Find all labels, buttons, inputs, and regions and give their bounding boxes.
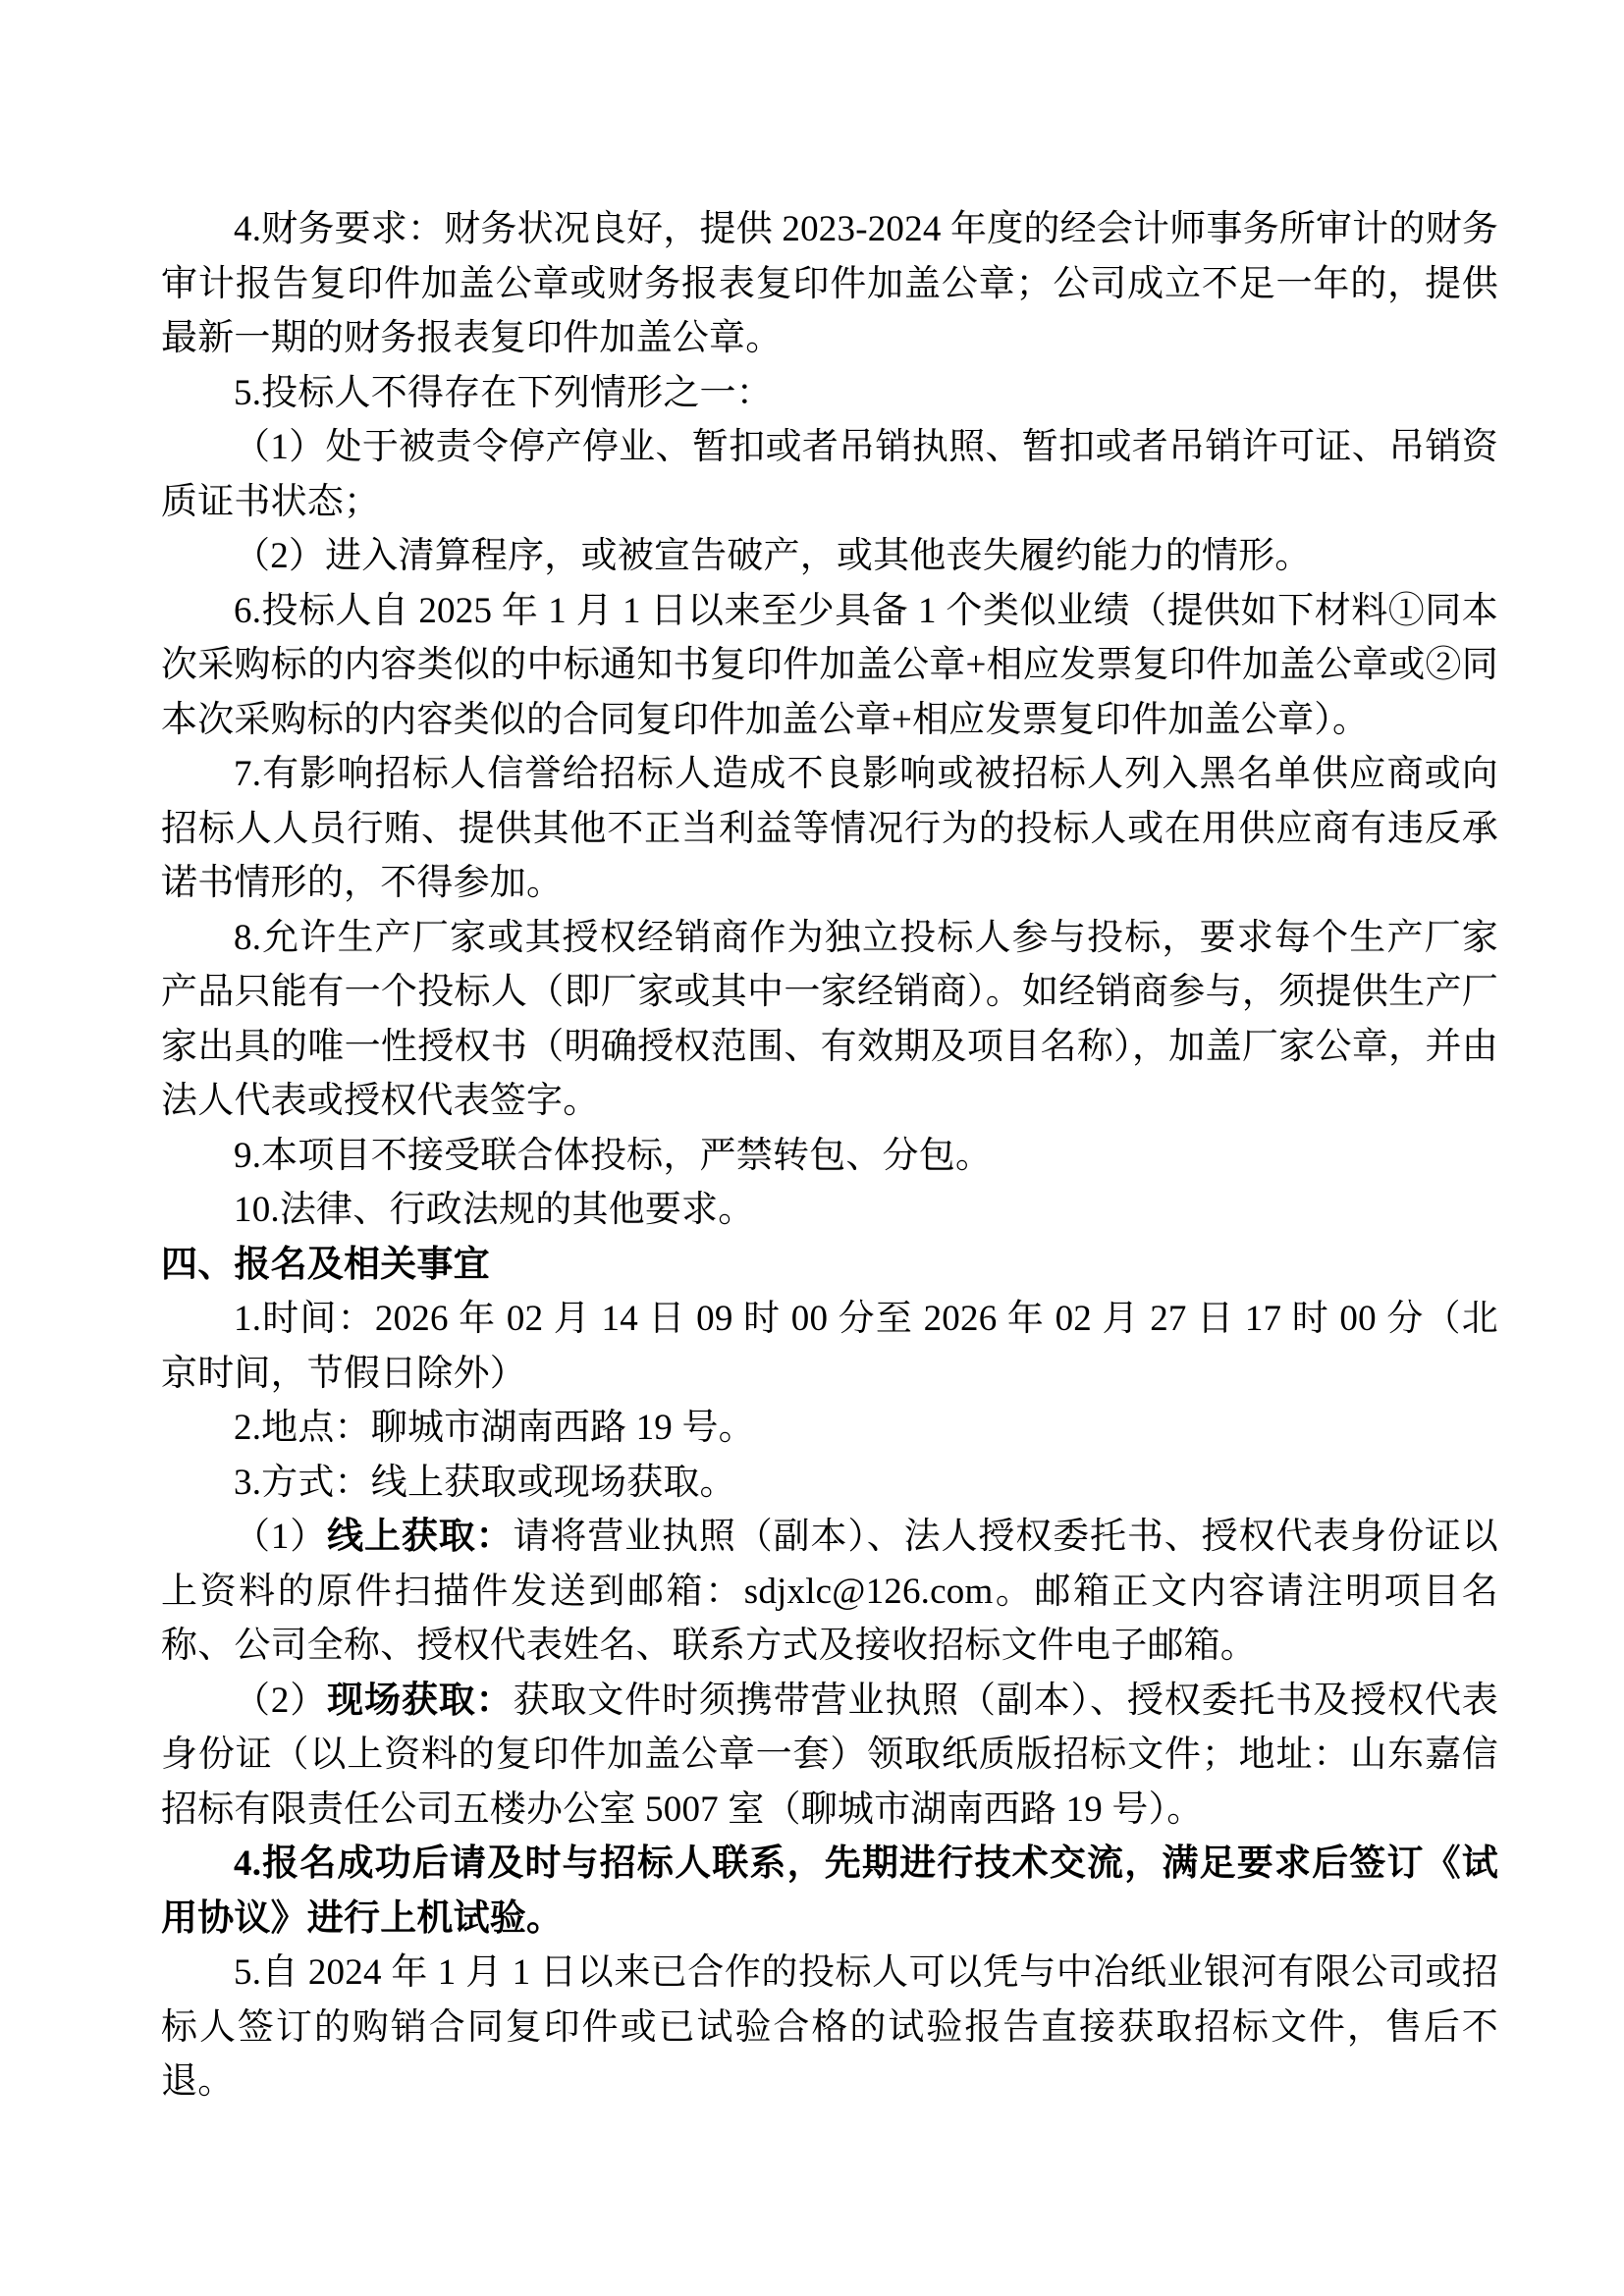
text-run: 9.本项目不接受联合体投标，严禁转包、分包。 xyxy=(234,1136,992,1176)
paragraph: 10.法律、行政法规的其他要求。 xyxy=(161,1183,1498,1238)
text-run: 3.方式：线上获取或现场获取。 xyxy=(234,1463,736,1503)
paragraph: 4.财务要求：财务状况良好，提供 2023-2024 年度的经会计师事务所审计的… xyxy=(161,202,1498,366)
text-run: 10.法律、行政法规的其他要求。 xyxy=(234,1190,754,1230)
text-run: 四、报名及相关事宜 xyxy=(161,1245,490,1285)
paragraph: 7.有影响招标人信誉给招标人造成不良影响或被招标人列入黑名单供应商或向招标人人员… xyxy=(161,747,1498,911)
paragraph: （1）线上获取：请将营业执照（副本）、法人授权委托书、授权代表身份证以上资料的原… xyxy=(161,1510,1498,1674)
text-run: 5.投标人不得存在下列情形之一： xyxy=(234,373,773,413)
paragraph: 6.投标人自 2025 年 1 月 1 日以来至少具备 1 个类似业绩（提供如下… xyxy=(161,584,1498,748)
text-run: 7.有影响招标人信誉给招标人造成不良影响或被招标人列入黑名单供应商或向招标人人员… xyxy=(161,754,1498,903)
paragraph: 2.地点：聊城市湖南西路 19 号。 xyxy=(161,1401,1498,1456)
document-page: 4.财务要求：财务状况良好，提供 2023-2024 年度的经会计师事务所审计的… xyxy=(0,0,1624,2296)
paragraph: 5.自 2024 年 1 月 1 日以来已合作的投标人可以凭与中冶纸业银河有限公… xyxy=(161,1946,1498,2109)
text-run: （2） xyxy=(234,1681,327,1721)
paragraph: 9.本项目不接受联合体投标，严禁转包、分包。 xyxy=(161,1129,1498,1184)
text-run: （2）进入清算程序，或被宣告破产，或其他丧失履约能力的情形。 xyxy=(234,536,1312,576)
paragraph: 1.时间：2026 年 02 月 14 日 09 时 00 分至 2026 年 … xyxy=(161,1292,1498,1401)
text-run: 1.时间：2026 年 02 月 14 日 09 时 00 分至 2026 年 … xyxy=(161,1299,1498,1394)
paragraph: （1）处于被责令停产停业、暂扣或者吊销执照、暂扣或者吊销许可证、吊销资质证书状态… xyxy=(161,420,1498,529)
email-address: sdjxlc@126.com xyxy=(744,1572,994,1612)
paragraph: 8.允许生产厂家或其授权经销商作为独立投标人参与投标，要求每个生产厂家产品只能有… xyxy=(161,911,1498,1129)
text-run: 4.报名成功后请及时与招标人联系，先期进行技术交流，满足要求后签订《试用协议》进… xyxy=(161,1843,1498,1939)
paragraph: （2）进入清算程序，或被宣告破产，或其他丧失履约能力的情形。 xyxy=(161,529,1498,584)
text-run: 5.自 2024 年 1 月 1 日以来已合作的投标人可以凭与中冶纸业银河有限公… xyxy=(161,1952,1498,2102)
text-run: （1）处于被责令停产停业、暂扣或者吊销执照、暂扣或者吊销许可证、吊销资质证书状态… xyxy=(161,427,1498,522)
document-content: 4.财务要求：财务状况良好，提供 2023-2024 年度的经会计师事务所审计的… xyxy=(161,202,1498,2109)
text-run: 现场获取： xyxy=(327,1681,513,1721)
text-run: 6.投标人自 2025 年 1 月 1 日以来至少具备 1 个类似业绩（提供如下… xyxy=(161,591,1498,740)
paragraph: 3.方式：线上获取或现场获取。 xyxy=(161,1456,1498,1511)
paragraph: （2）现场获取：获取文件时须携带营业执照（副本）、授权委托书及授权代表身份证（以… xyxy=(161,1674,1498,1838)
text-run: 8.允许生产厂家或其授权经销商作为独立投标人参与投标，要求每个生产厂家产品只能有… xyxy=(161,918,1498,1122)
text-run: 2.地点：聊城市湖南西路 19 号。 xyxy=(234,1408,755,1448)
paragraph: 5.投标人不得存在下列情形之一： xyxy=(161,366,1498,421)
text-run: 4.财务要求：财务状况良好，提供 2023-2024 年度的经会计师事务所审计的… xyxy=(161,209,1498,358)
text-run: （1） xyxy=(234,1517,327,1557)
text-run: 线上获取： xyxy=(327,1517,513,1557)
section-heading: 四、报名及相关事宜 xyxy=(161,1238,1498,1293)
paragraph: 4.报名成功后请及时与招标人联系，先期进行技术交流，满足要求后签订《试用协议》进… xyxy=(161,1837,1498,1946)
